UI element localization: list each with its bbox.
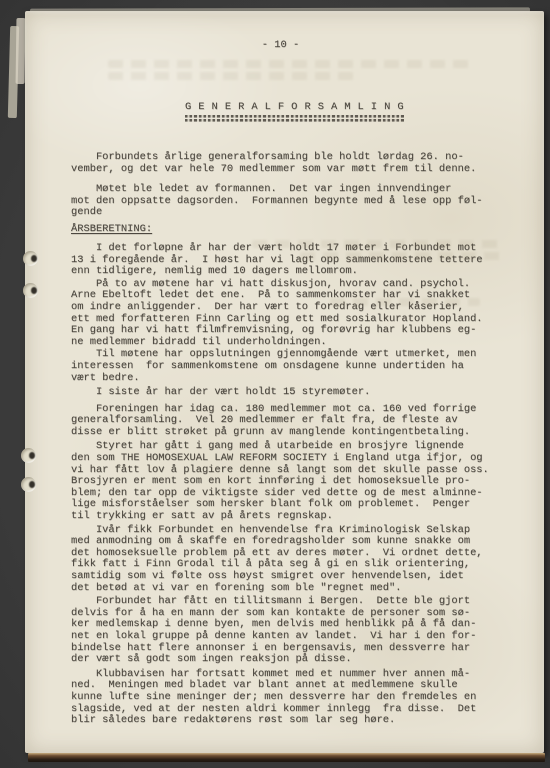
text-line: det betød at vi var en forening som ble … xyxy=(71,583,534,595)
paragraph: Forbundets årlige generalforsaming ble h… xyxy=(71,152,534,175)
section-heading: ÅRSBERETNING: xyxy=(71,223,534,235)
text-line: ne medlemmer bidradd til underholdningen… xyxy=(71,337,534,349)
title-block: G E N E R A L F O R S A M L I N G xyxy=(63,96,526,122)
text-line: blir således bare redaktørens røst som l… xyxy=(71,715,534,727)
title-underline xyxy=(185,115,404,122)
bleed-through-smudge xyxy=(108,72,354,80)
punch-hole xyxy=(23,251,38,266)
text-line: gende xyxy=(71,207,534,219)
intro-paragraphs: Forbundets årlige generalforsaming ble h… xyxy=(71,152,534,219)
paragraph: Forbundet har fått en tillitsmann i Berg… xyxy=(71,596,534,666)
text-line: den som THE HOMOSEXUAL LAW REFORM SOCIET… xyxy=(71,453,534,465)
paragraph: I det forløpne år har der vært holdt 17 … xyxy=(71,243,534,278)
paragraph: Styret har gått i gang med å utarbeide e… xyxy=(71,441,534,522)
text-line: til trykking er satt av på årets regnska… xyxy=(71,511,534,523)
punch-hole xyxy=(21,448,36,463)
document-body: Forbundets årlige generalforsaming ble h… xyxy=(71,152,534,727)
document-page: - 10 - G E N E R A L F O R S A M L I N G… xyxy=(25,11,544,753)
paragraph: Klubbavisen har fortsatt kommet med et n… xyxy=(71,669,534,727)
bleed-through-smudge xyxy=(108,60,476,68)
document-title: G E N E R A L F O R S A M L I N G xyxy=(185,102,404,113)
text-line: disse er blitt strøket på grunn av mangl… xyxy=(71,427,534,439)
punch-hole xyxy=(21,477,36,492)
text-line: vember, og det var hele 70 medlemmer som… xyxy=(71,164,534,176)
text-line: Forbundets årlige generalforsaming ble h… xyxy=(71,152,534,164)
paragraph: I siste år har der vært holdt 15 styremø… xyxy=(71,387,534,399)
text-line: net en lokal gruppe på denne kanten av l… xyxy=(71,631,534,643)
text-line: I siste år har der vært holdt 15 styremø… xyxy=(71,387,534,399)
page-stack-edge xyxy=(16,18,26,84)
punch-hole xyxy=(23,283,38,298)
text-line: der vært så godt som ingen reaksjon på d… xyxy=(71,654,534,666)
bleed-through-smudge xyxy=(330,298,480,306)
paragraph: Foreningen har idag ca. 180 medlemmer mo… xyxy=(71,404,534,439)
report-paragraphs: I det forløpne år har der vært holdt 17 … xyxy=(71,243,534,727)
bleed-through-smudge xyxy=(300,252,504,260)
bleed-through-smudge xyxy=(252,240,504,248)
page-number: - 10 - xyxy=(49,40,512,51)
text-line: interessen for sammenkomstene om onsdage… xyxy=(71,361,534,373)
paragraph: På to av møtene har vi hatt diskusjon, h… xyxy=(71,279,534,349)
text-line: mot den oppsatte dagsorden. Formannen be… xyxy=(71,196,534,208)
text-line: enn tidligere, nemlig med 10 dagers mell… xyxy=(71,266,534,278)
paragraph: Møtet ble ledet av formannen. Det var in… xyxy=(71,184,534,219)
underlying-pages-edge xyxy=(28,753,545,762)
text-line: En gang har vi hatt filmfremvisning, og … xyxy=(71,325,534,337)
text-line: samtidig som vi følte oss høyst smigret … xyxy=(71,571,534,583)
text-line: vært bedre. xyxy=(71,373,534,385)
text-line: kunne lufte sine meninger der; men dessv… xyxy=(71,692,534,704)
paragraph: Til møtene har oppslutningen gjennomgåen… xyxy=(71,349,534,384)
paragraph: Ivår fikk Forbundet en henvendelse fra K… xyxy=(71,525,534,595)
